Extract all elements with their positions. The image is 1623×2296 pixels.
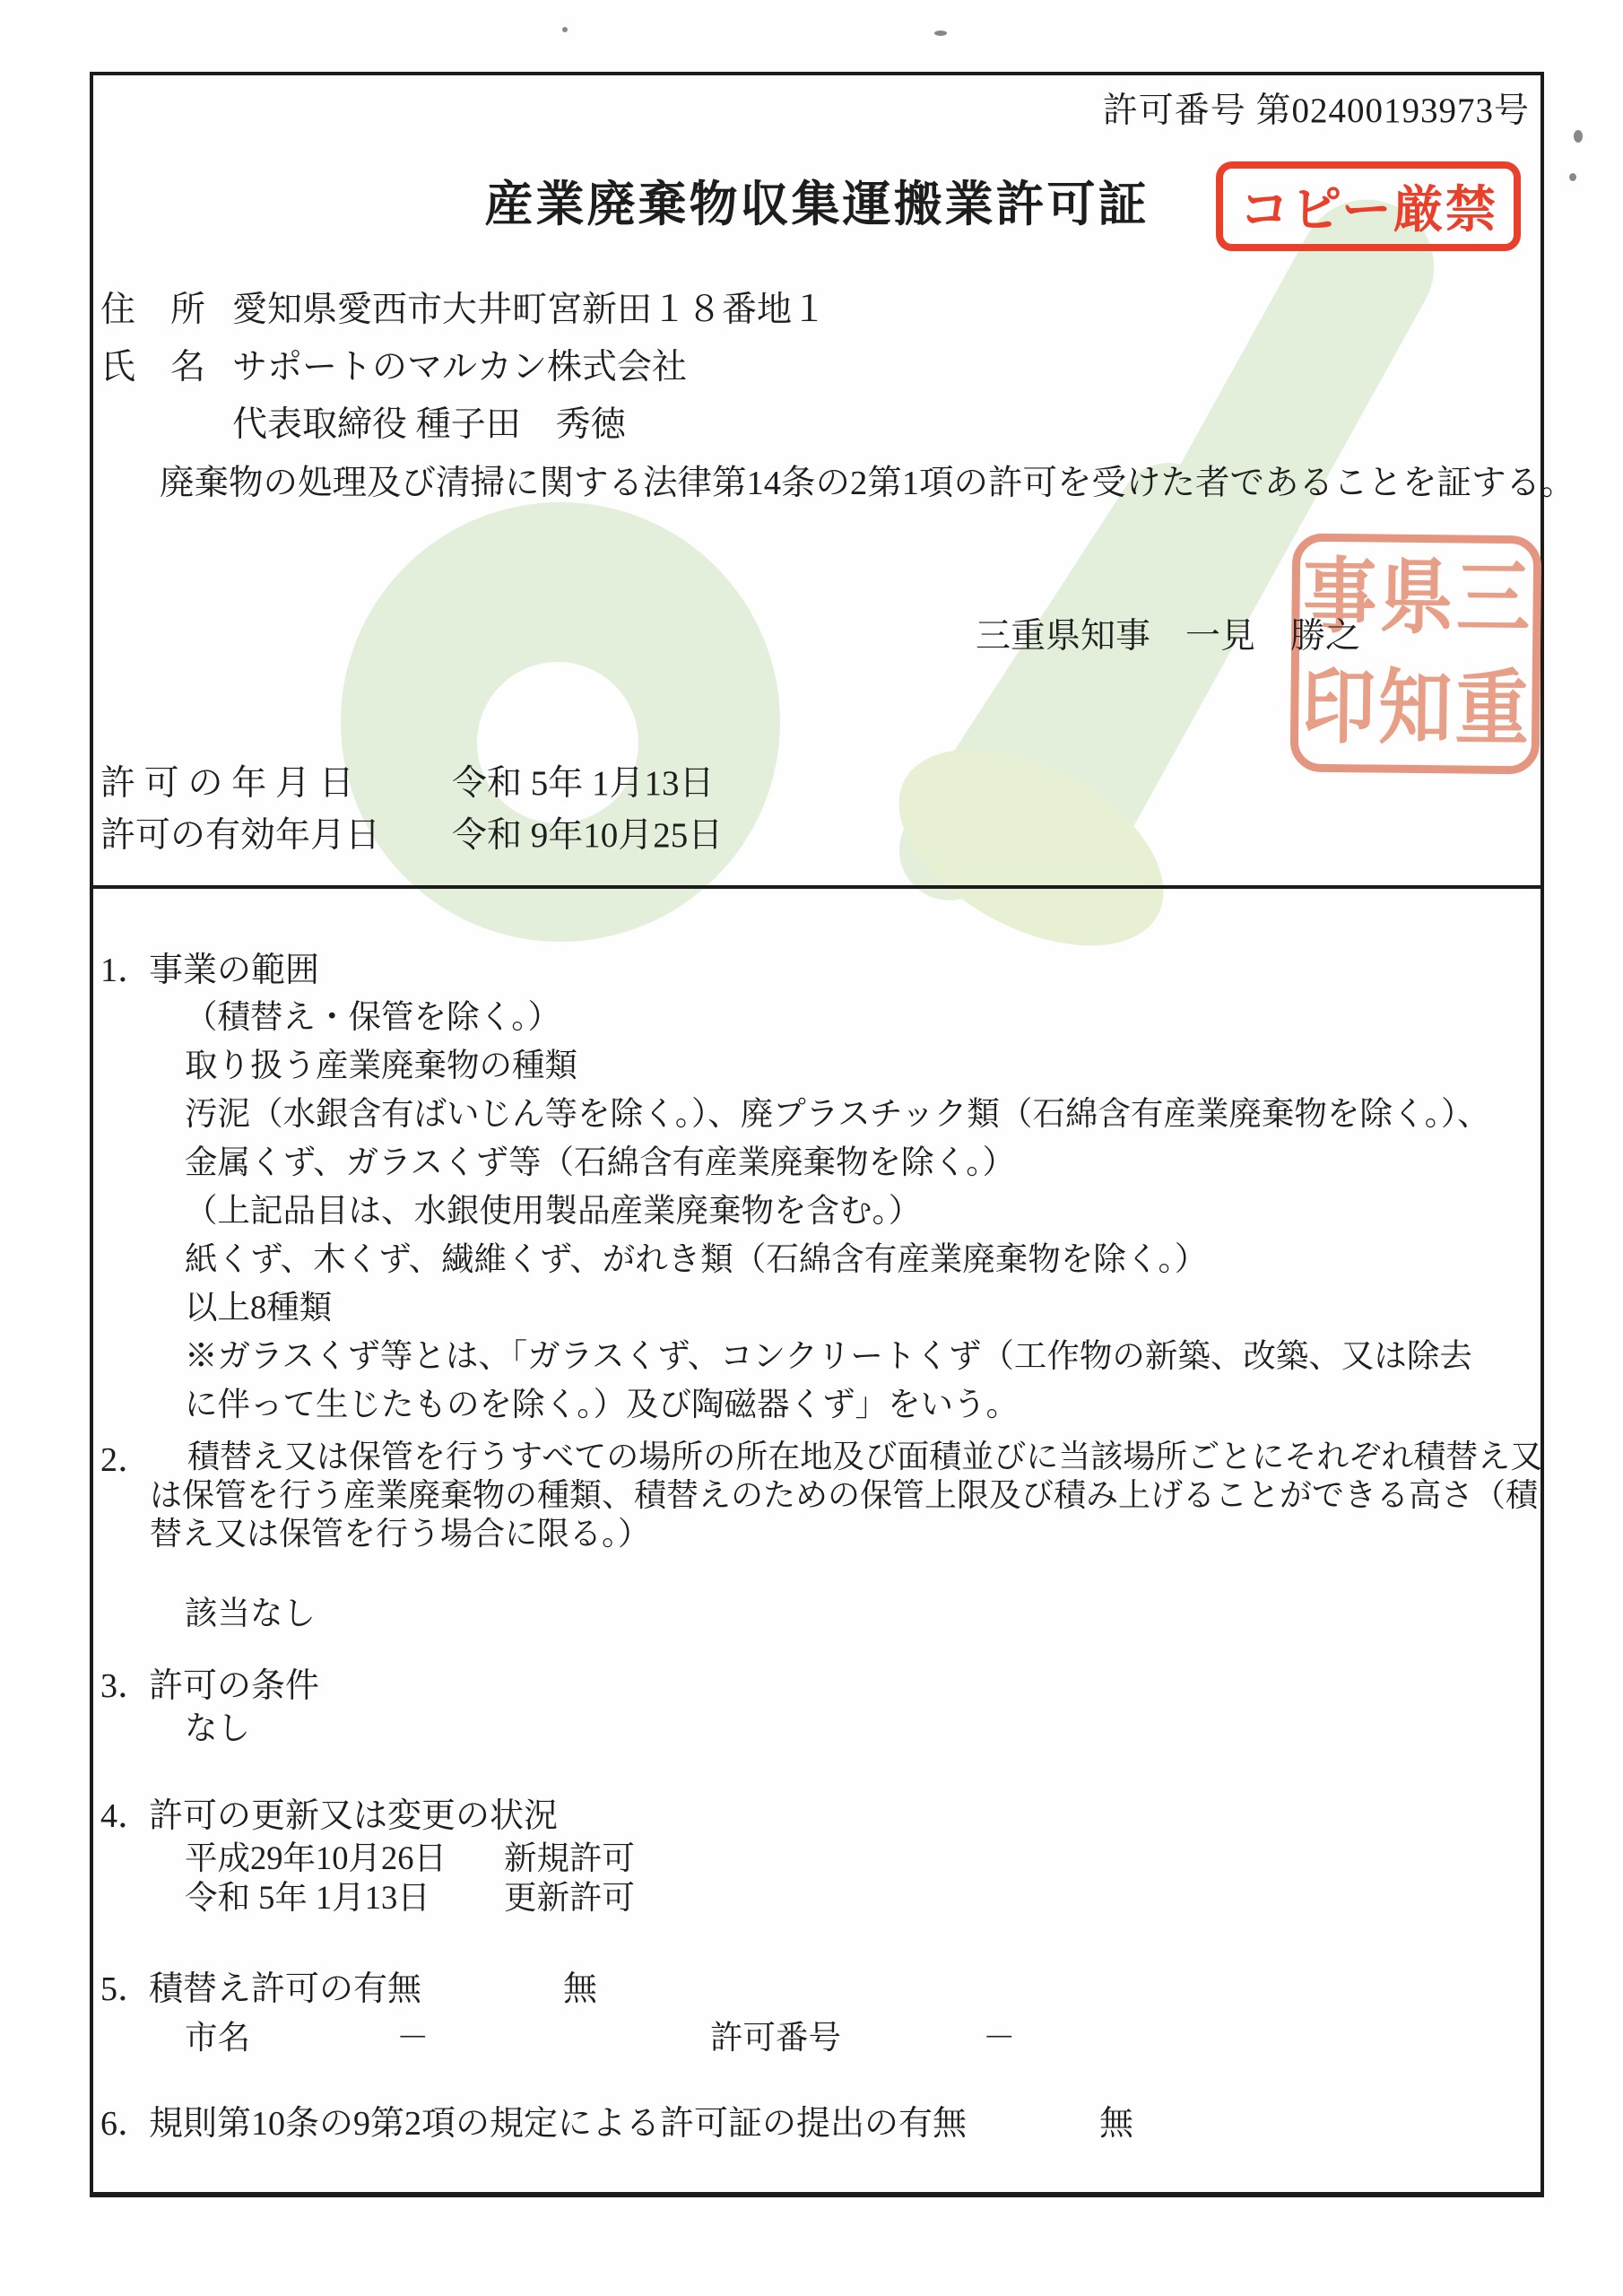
section6-title: 規則第10条の9第2項の規定による許可証の提出の有無 <box>149 2095 1099 2144</box>
permit-value: － <box>983 2019 1016 2056</box>
scan-speck <box>1574 130 1583 143</box>
section2-result: 該当なし <box>185 1587 316 1634</box>
seal-column-middle: 県 知 <box>1378 529 1454 779</box>
section2-line: 替え又は保管を行う場合に限る。） <box>150 1509 650 1554</box>
section1-line: 汚泥（水銀含有ばいじん等を除く。）、廃プラスチック類（石綿含有産業廃棄物を除く。… <box>185 1088 1490 1135</box>
permit-number: 許可番号 第02400193973号 <box>1103 83 1530 133</box>
history-date: 令和 5年 1月13日 <box>185 1872 504 1918</box>
section5-detail-row: 市名－許可番号－ <box>185 2012 1016 2058</box>
document-frame: 許可番号 第02400193973号 産業廃棄物収集運搬業許可証 コピー厳禁 住… <box>90 72 1544 2197</box>
address-row: 住 所愛知県愛西市大井町宮新田１８番地１ <box>100 282 827 332</box>
section3-number: 3． <box>100 1657 149 1707</box>
section4-number: 4． <box>100 1787 149 1837</box>
section2-number: 2． <box>100 1431 149 1481</box>
section3-title: 許可の条件 <box>149 1667 319 1705</box>
history-type: 新規許可 <box>504 1839 635 1876</box>
section5-title: 積替え許可の有無 <box>149 1961 563 2010</box>
seal-char: 県 <box>1379 557 1454 640</box>
section4-title: 許可の更新又は変更の状況 <box>149 1797 558 1835</box>
scanned-permit-document: 許可番号 第02400193973号 産業廃棄物収集運搬業許可証 コピー厳禁 住… <box>0 0 1623 2296</box>
section1-line: 紙くず、木くず、繊維くず、がれき類（石綿含有産業廃棄物を除く。） <box>185 1233 1207 1280</box>
scan-speck <box>934 30 947 36</box>
section1-line: 以上8種類 <box>185 1282 332 1328</box>
grant-date-value: 令和 5年 1月13日 <box>452 764 715 803</box>
section1-line: 取り扱う産業廃棄物の種類 <box>185 1039 577 1086</box>
section1-line: ※ガラスくず等とは、「ガラスくず、コンクリートくず（工作物の新築、改築、又は除去 <box>185 1330 1472 1377</box>
governor-signature: 三重県知事 一見 勝之 <box>976 608 1360 658</box>
seal-column-right: 三 重 <box>1454 530 1531 780</box>
section1-line: 金属くず、ガラスくず等（石綿含有産業廃棄物を除く。） <box>185 1136 1015 1183</box>
permit-label: 許可番号 <box>710 2012 983 2058</box>
name-label: 氏 名 <box>100 339 232 389</box>
address-label: 住 所 <box>100 282 232 332</box>
address-value: 愛知県愛西市大井町宮新田１８番地１ <box>232 291 827 329</box>
section1-heading: 1．事業の範囲 <box>100 942 319 991</box>
scan-speck <box>562 27 568 32</box>
section3-heading: 3．許可の条件 <box>100 1657 319 1707</box>
section2-number-row: 2． <box>100 1431 149 1481</box>
valid-date-row: 許可の有効年月日令和 9年10月25日 <box>100 807 723 857</box>
seal-char: 重 <box>1454 668 1529 752</box>
copy-prohibited-stamp: コピー厳禁 <box>1216 161 1521 251</box>
scan-speck <box>1569 173 1576 181</box>
seal-char: 印 <box>1301 666 1376 750</box>
history-type: 更新許可 <box>504 1879 635 1916</box>
section1-title: 事業の範囲 <box>149 952 319 989</box>
section1-number: 1． <box>100 942 149 991</box>
city-label: 市名 <box>185 2012 396 2058</box>
section4-heading: 4．許可の更新又は変更の状況 <box>100 1787 558 1837</box>
seal-char: 知 <box>1378 667 1453 751</box>
name-row: 氏 名サポートのマルカン株式会社 <box>100 339 687 389</box>
grant-date-row: 許 可 の 年 月 日令和 5年 1月13日 <box>100 755 715 805</box>
grant-date-label: 許 可 の 年 月 日 <box>100 755 452 805</box>
section5-number: 5． <box>100 1961 149 2010</box>
seal-char: 三 <box>1456 558 1531 641</box>
section6-heading: 6．規則第10条の9第2項の規定による許可証の提出の有無無 <box>100 2095 1133 2144</box>
section-divider-line <box>93 885 1541 889</box>
section5-heading: 5．積替え許可の有無無 <box>100 1961 597 2010</box>
city-value: － <box>396 2012 710 2058</box>
section5-value: 無 <box>563 1970 597 2008</box>
name-value: サポートのマルカン株式会社 <box>232 348 687 387</box>
section1-line: に伴って生じたものを除く。）及び陶磁器くず」をいう。 <box>185 1378 1019 1425</box>
certification-statement: 廃棄物の処理及び清掃に関する法律第14条の2第1項の許可を受けた者であることを証… <box>160 456 1575 505</box>
valid-date-label: 許可の有効年月日 <box>100 807 452 857</box>
section6-number: 6． <box>100 2095 149 2144</box>
section1-line: （積替え・保管を除く。） <box>185 991 560 1038</box>
section3-result: なし <box>185 1702 250 1749</box>
section1-line: （上記品目は、水銀使用製品産業廃棄物を含む。） <box>185 1185 921 1231</box>
section4-history-row: 令和 5年 1月13日更新許可 <box>185 1872 635 1918</box>
representative-row: 代表取締役 種子田 秀徳 <box>232 396 626 447</box>
valid-date-value: 令和 9年10月25日 <box>452 816 723 855</box>
section6-value: 無 <box>1099 2105 1133 2143</box>
